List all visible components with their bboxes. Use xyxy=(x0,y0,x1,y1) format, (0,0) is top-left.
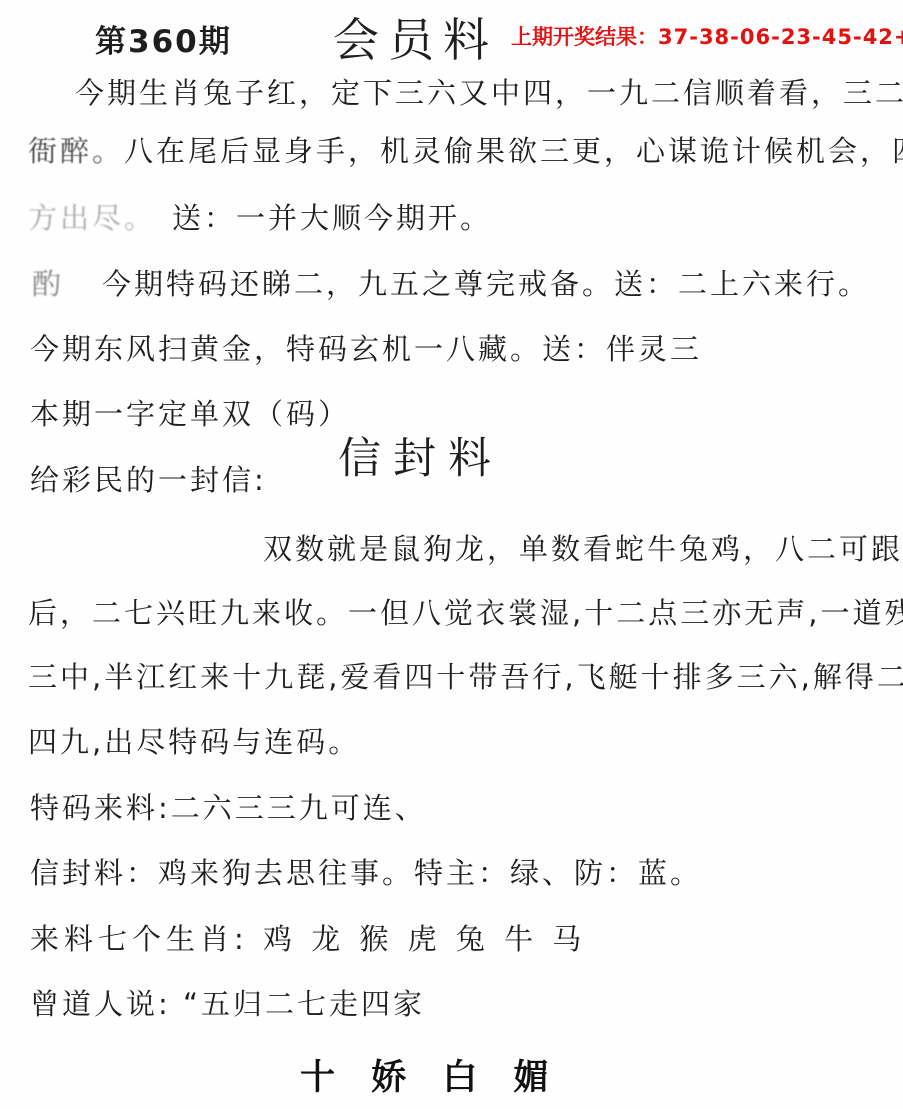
last-draw-result-numbers: 37-38-06-23-45-42+11 xyxy=(658,25,903,49)
envelope-section-title: 信封料 xyxy=(338,425,503,486)
master-quote-line: 曾道人说: “五归二七走四家 xyxy=(30,982,425,1023)
zodiac-tip-line: 来料七个生肖: 鸡 龙 猴 虎 兔 牛 马 xyxy=(30,917,586,958)
page-title: 会员料 xyxy=(333,4,498,70)
special-code-tip-line: 特码来料:二六三三九可连、 xyxy=(30,786,427,827)
verse-line-5: 今期东风扫黄金，特码玄机一八藏。送：伴灵三 xyxy=(30,327,702,368)
envelope-intro: 给彩民的一封信: xyxy=(30,458,267,499)
envelope-para-line-3: 三中,半江红来十九琵,爱看四十带吾行,飞艇十排多三六,解得二三与 xyxy=(28,655,903,696)
verse-line-4: 酌今期特码还睇二，九五之尊完戒备。送：二上六来行。 xyxy=(32,262,870,303)
last-draw-result: 上期开奖结果：37-38-06-23-45-42+11 xyxy=(511,21,903,51)
verse-line-3-text: 送：一并大顺今期开。 xyxy=(172,201,492,235)
envelope-tip-line: 信封料：鸡来狗去思往事。特主：绿、防：蓝。 xyxy=(30,851,702,892)
verse-line-4-text: 今期特码还睇二，九五之尊完戒备。送：二上六来行。 xyxy=(102,267,870,301)
envelope-para-line-4: 四九,出尽特码与连码。 xyxy=(28,720,360,761)
verse-line-3: 方出尽。送：一并大顺今期开。 xyxy=(28,196,492,237)
verse-line-2: 衙醉。八在尾后显身手，机灵偷果欲三更，心谋诡计候机会，四面八 xyxy=(28,129,903,170)
verse-line-6: 本期一字定单双（码） xyxy=(30,392,350,433)
footer-title: 十 娇 白 媚 xyxy=(300,1050,561,1100)
last-draw-result-label: 上期开奖结果： xyxy=(511,25,658,49)
verse-line-4-faded: 酌 xyxy=(32,267,64,301)
verse-line-1: 今期生肖兔子红，定下三六又中四，一九二信顺着看，三二助兴六 xyxy=(75,71,903,112)
verse-line-3-faded: 方出尽。 xyxy=(28,201,156,235)
envelope-para-line-1: 双数就是鼠狗龙，单数看蛇牛兔鸡，八二可跟三二 xyxy=(263,527,903,568)
verse-line-2-text: 八在尾后显身手，机灵偷果欲三更，心谋诡计候机会，四面八 xyxy=(124,134,903,168)
lottery-tip-sheet-page: 第360期 会员料 上期开奖结果：37-38-06-23-45-42+11 今期… xyxy=(0,0,903,1109)
verse-line-2-faded: 衙醉。 xyxy=(28,134,124,168)
issue-number: 第360期 xyxy=(95,16,232,61)
envelope-para-line-2: 后，二七兴旺九来收。一但八觉衣裳湿,十二点三亦无声,一道残阳二 xyxy=(28,591,903,632)
